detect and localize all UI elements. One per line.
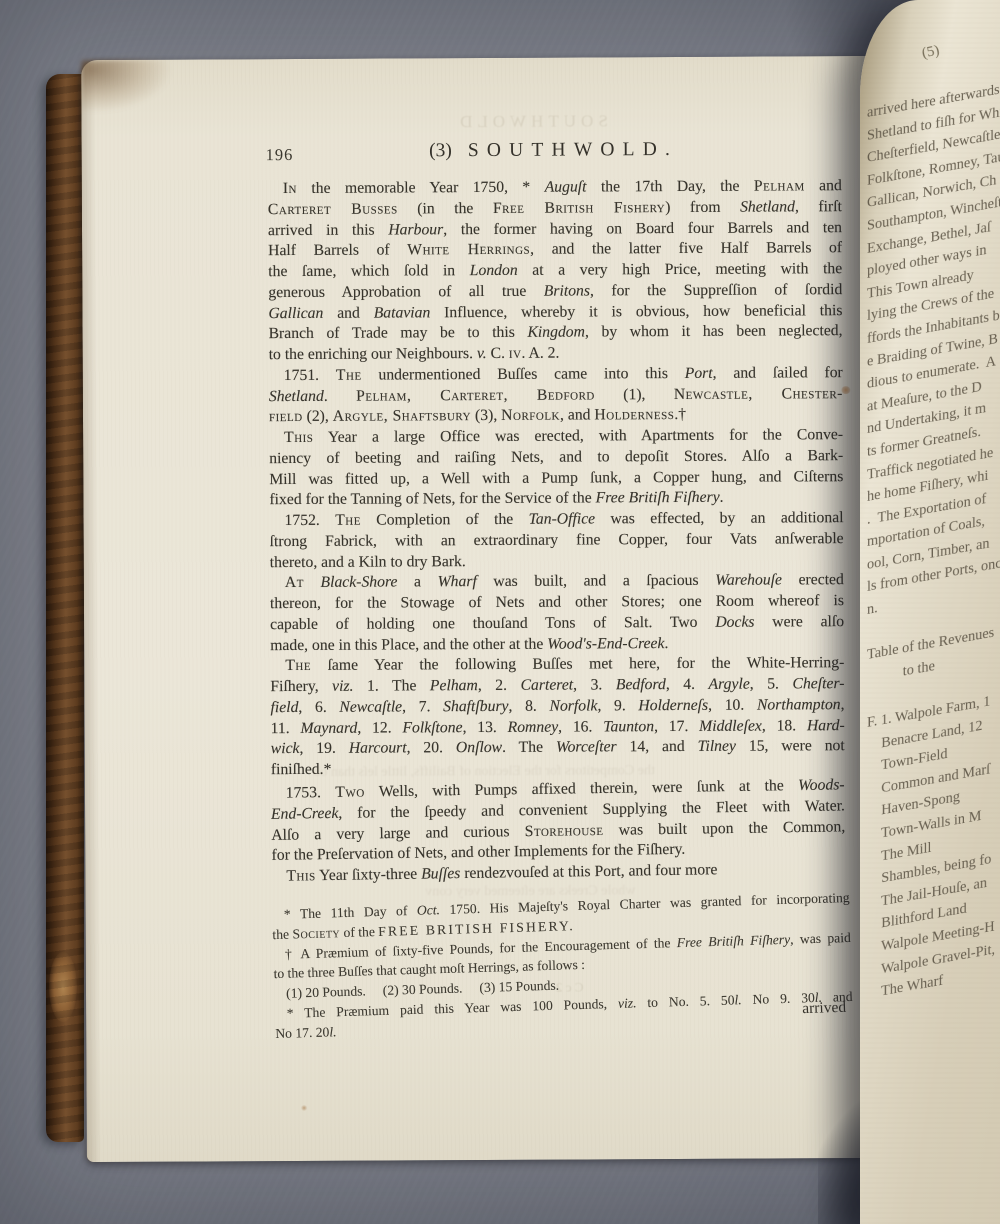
text-line: made, one in this Place, and the other a…	[270, 633, 844, 657]
text-line: Half Barrels of White Herrings, and the …	[268, 238, 842, 262]
text-line: Fiſhery, viz. 1. The Pelham, 2. Carteret…	[270, 674, 844, 698]
paragraph: The ſame Year the following Buſſes met h…	[270, 653, 845, 781]
text-line: 1752. The Completion of the Tan-Office w…	[269, 508, 843, 532]
text-line: Shetland. Pelham, Carteret, Bedford (1),…	[269, 384, 843, 408]
paragraph: In the memorable Year 1750, * Auguſt the…	[268, 176, 843, 366]
right-page-text: arrived here afterwards.Shetland to fiſh…	[867, 46, 1000, 1006]
page-header: 196 (3)SOUTHWOLD.	[266, 138, 842, 167]
fox-stain	[301, 1105, 308, 1111]
page-number: 196	[266, 145, 294, 165]
paragraph: 1751. The undermentioned Buſſes came int…	[269, 363, 843, 428]
text-line: This Year a large Office was erected, wi…	[269, 425, 843, 449]
corner-stain	[81, 60, 171, 112]
showthrough-title: SOUTHWOLD	[331, 111, 731, 133]
paragraph: At Black-Shore a Wharf was built, and a …	[270, 570, 844, 656]
paragraph: 1753. Two Wells, with Pumps affixed ther…	[271, 775, 846, 867]
text-line: fixed for the Tanning of Nets, for the S…	[269, 487, 843, 511]
text-line: field, 6. Newcaſtle, 7. Shaftſbury, 8. N…	[270, 695, 844, 719]
running-head-title: SOUTHWOLD.	[468, 139, 678, 161]
text-line: The ſame Year the following Buſſes met h…	[270, 653, 844, 677]
text-line: niency of beeting and raiſing Nets, and …	[269, 446, 843, 470]
text-line: ſtrong Fabrick, with an extraordinary fi…	[270, 529, 844, 553]
right-page-number: (5)	[921, 42, 941, 62]
spine-wear-patch	[49, 952, 77, 1022]
book-spine	[46, 74, 84, 1142]
text-line: Branch of Trade may be to this Kingdom, …	[269, 321, 843, 345]
text-line: capable of holding one thouſand Tons of …	[270, 612, 844, 636]
text-line: At Black-Shore a Wharf was built, and a …	[270, 570, 844, 594]
text-line: thereon, for the Stowage of Nets and oth…	[270, 591, 844, 615]
body-text: In the memorable Year 1750, * Auguſt the…	[268, 176, 846, 884]
text-line: field (2), Argyle, Shaftsbury (3), Norfo…	[269, 404, 843, 428]
text-line: wick, 19. Harcourt, 20. Onſlow. The Worc…	[271, 736, 845, 760]
book-photo: SOUTHWOLD 196 (3)SOUTHWOLD. In the memor…	[0, 0, 1000, 1224]
text-line: Gallican and Batavian Influence, whereby…	[268, 301, 842, 325]
paragraph: 1752. The Completion of the Tan-Office w…	[269, 508, 843, 573]
running-head-prefix: (3)	[429, 140, 452, 161]
text-line: In the memorable Year 1750, * Auguſt the…	[268, 176, 842, 200]
text-line: thereto, and a Kiln to dry Bark.	[270, 550, 844, 574]
text-line: generous Approbation of all true Britons…	[268, 280, 842, 304]
text-line: Carteret Busses (in the Free British Fis…	[268, 197, 842, 221]
running-head: (3)SOUTHWOLD.	[266, 138, 842, 163]
text-line: 1751. The undermentioned Buſſes came int…	[269, 363, 843, 387]
text-line: the ſame, which ſold in London at a very…	[268, 259, 842, 283]
left-page: SOUTHWOLD 196 (3)SOUTHWOLD. In the memor…	[81, 56, 887, 1162]
text-line: Mill was fitted up, a Well with a Pump ſ…	[269, 467, 843, 491]
text-line: arrived in this Harbour, the former havi…	[268, 218, 842, 242]
text-line: to the enriching our Neighbours. v. C. i…	[269, 342, 843, 366]
paragraph: This Year a large Office was erected, wi…	[269, 425, 843, 511]
text-line: 11. Maynard, 12. Folkſtone, 13. Romney, …	[271, 716, 845, 740]
fox-stain	[841, 386, 851, 394]
footnotes: * The 11th Day of Oct. 1750. His Majeſty…	[272, 888, 854, 1044]
right-page: (5) arrived here afterwards.Shetland to …	[860, 0, 1000, 1224]
right-page-surface: (5) arrived here afterwards.Shetland to …	[860, 0, 1000, 1224]
catchword: arrived	[746, 999, 847, 1020]
